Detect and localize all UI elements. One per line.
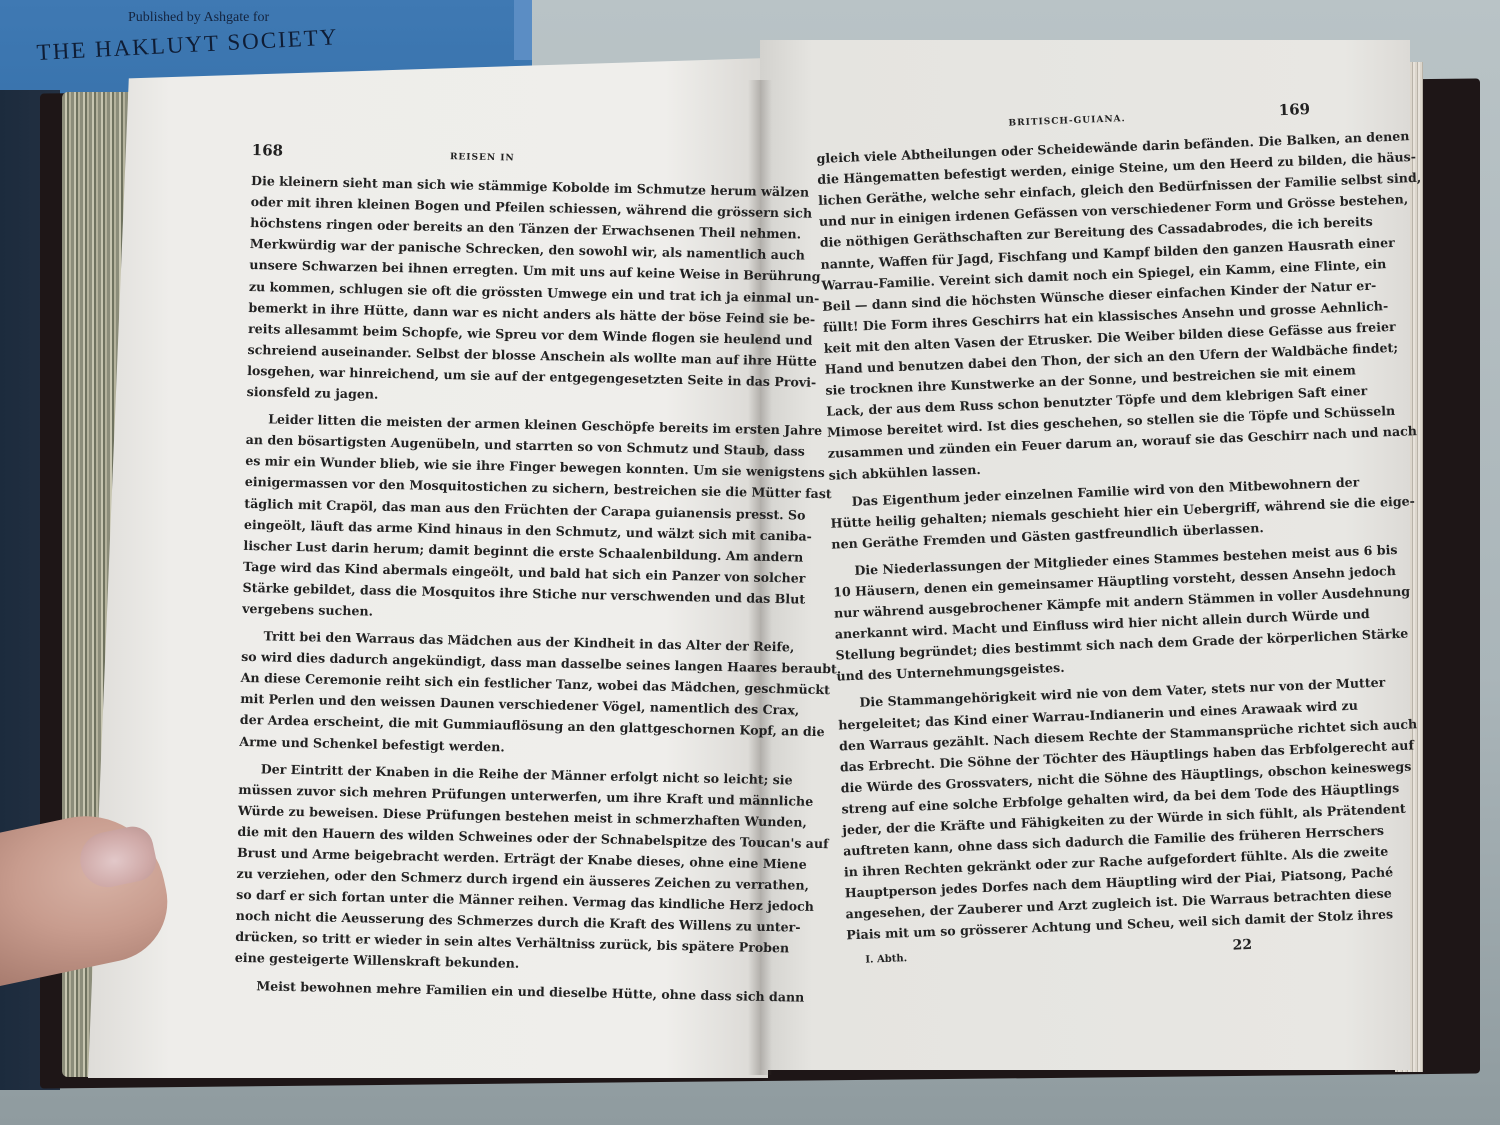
- running-title: REISEN IN: [450, 147, 515, 169]
- footer-signature: 22: [1232, 934, 1252, 956]
- society-title: THE HAKLUYT SOCIETY: [36, 24, 339, 66]
- page-number: 169: [1278, 99, 1310, 121]
- page-number: 168: [252, 140, 284, 162]
- left-page-text: 168 REISEN IN Die kleinern sieht man sic…: [234, 140, 722, 1005]
- right-page-lines: gleich viele Abtheilungen oder Scheidewä…: [816, 129, 1341, 946]
- running-title: BRITISCH-GUIANA.: [1008, 109, 1126, 135]
- right-page-text: BRITISCH-GUIANA. 169 gleich viele Abthei…: [815, 99, 1342, 971]
- footer-section-mark: I. Abth.: [865, 948, 908, 971]
- publisher-line: Published by Ashgate for: [128, 10, 269, 26]
- left-page-lines: Die kleinern sieht man sich wie stämmige…: [234, 170, 721, 1005]
